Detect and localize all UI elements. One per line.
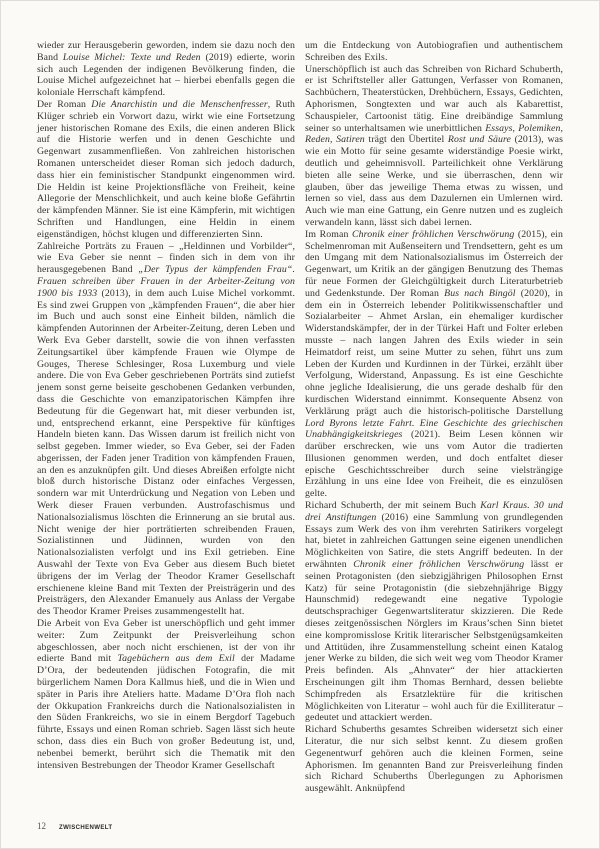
two-column-text-area: wieder zur Herausgeberin geworden, indem…	[0, 0, 600, 795]
paragraph: Der Roman Die Anarchistin und die Mensch…	[37, 99, 295, 241]
left-column: wieder zur Herausgeberin geworden, indem…	[37, 40, 295, 795]
paragraph: Richard Schuberth, der mit seinem Buch K…	[305, 500, 563, 724]
journal-page: wieder zur Herausgeberin geworden, indem…	[0, 0, 600, 849]
paragraph: um die Entdeckung von Autobiografien und…	[305, 40, 563, 64]
paragraph: wieder zur Herausgeberin geworden, indem…	[37, 40, 295, 99]
journal-name: ZWISCHENWELT	[59, 824, 113, 831]
paragraph: Unerschöpflich ist auch das Schreiben vo…	[305, 64, 563, 229]
page-footer: 12 ZWISCHENWELT	[37, 821, 117, 831]
page-number: 12	[37, 821, 46, 831]
paragraph: Die Arbeit von Eva Geber ist unerschöpfl…	[37, 618, 295, 771]
paragraph: Richard Schuberths gesamtes Schreiben wi…	[305, 724, 563, 795]
paragraph: Im Roman Chronik einer fröhlichen Versch…	[305, 229, 563, 500]
right-column: um die Entdeckung von Autobiografien und…	[305, 40, 563, 795]
paragraph: Zahlreiche Porträts zu Frauen – „Heldinn…	[37, 241, 295, 619]
